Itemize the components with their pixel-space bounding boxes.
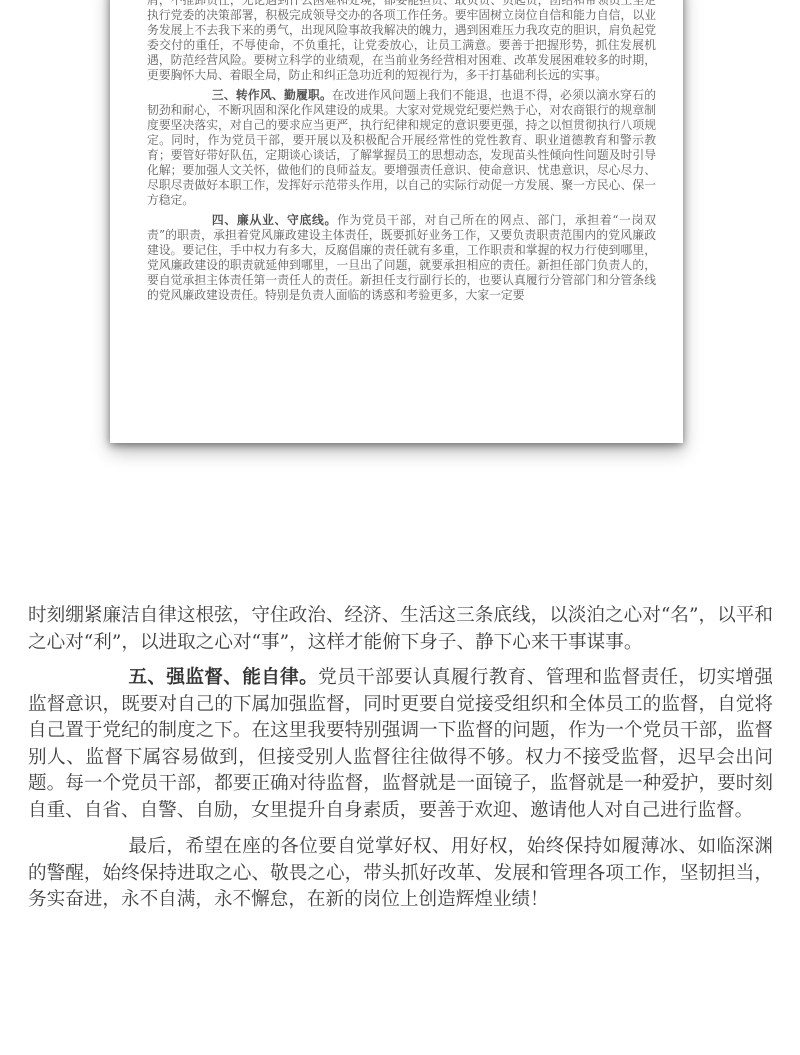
document-page-preview: 肩，不推卸责任，无论遇到什么困难和处境，都要能担责、敢负责、负起责，团结和带领员… (110, 0, 683, 443)
section-heading: 四、廉从业、守底线。 (212, 213, 337, 227)
paragraph-text: 党员干部要认真履行教育、管理和监督责任，切实增强监督意识，既要对自己的下属加强监… (28, 667, 773, 821)
paragraph-closing: 最后，希望在座的各位要自觉掌好权、用好权，始终保持如履薄冰、如临深渊的警醒，始终… (28, 834, 773, 914)
paragraph-section-3: 三、转作风、勤履职。在改进作风问题上我们不能退，也退不得，必须以滴水穿石的韧劲和… (147, 88, 656, 208)
paragraph-continuation: 时刻绷紧廉洁自律这根弦，守住政治、经济、生活这三条底线，以淡泊之心对“名”，以平… (28, 603, 773, 656)
paragraph-text: 最后，希望在座的各位要自觉掌好权、用好权，始终保持如履薄冰、如临深渊的警醒，始终… (28, 836, 773, 910)
section-heading: 三、转作风、勤履职。 (212, 88, 332, 102)
paragraph-text: 时刻绷紧廉洁自律这根弦，守住政治、经济、生活这三条底线，以淡泊之心对“名”，以平… (28, 605, 773, 653)
paragraph-text: 肩，不推卸责任，无论遇到什么困难和处境，都要能担责、敢负责、负起责，团结和带领员… (147, 0, 656, 82)
paragraph-continuation: 肩，不推卸责任，无论遇到什么困难和处境，都要能担责、敢负责、负起责，团结和带领员… (147, 0, 656, 83)
paragraph-section-5: 五、强监督、能自律。党员干部要认真履行教育、管理和监督责任，切实增强监督意识，既… (28, 665, 773, 824)
paragraph-text: 在改进作风问题上我们不能退，也退不得，必须以滴水穿石的韧劲和耐心，不断巩固和深化… (147, 88, 656, 207)
page-text-block: 肩，不推卸责任，无论遇到什么困难和处境，都要能担责、敢负责、负起责，团结和带领员… (147, 0, 656, 308)
article-text-block: 时刻绷紧廉洁自律这根弦，守住政治、经济、生活这三条底线，以淡泊之心对“名”，以平… (28, 603, 773, 923)
paragraph-section-4: 四、廉从业、守底线。作为党员干部，对自己所在的网点、部门，承担着“一岗双责”的职… (147, 213, 656, 303)
section-heading: 五、强监督、能自律。 (128, 667, 318, 688)
